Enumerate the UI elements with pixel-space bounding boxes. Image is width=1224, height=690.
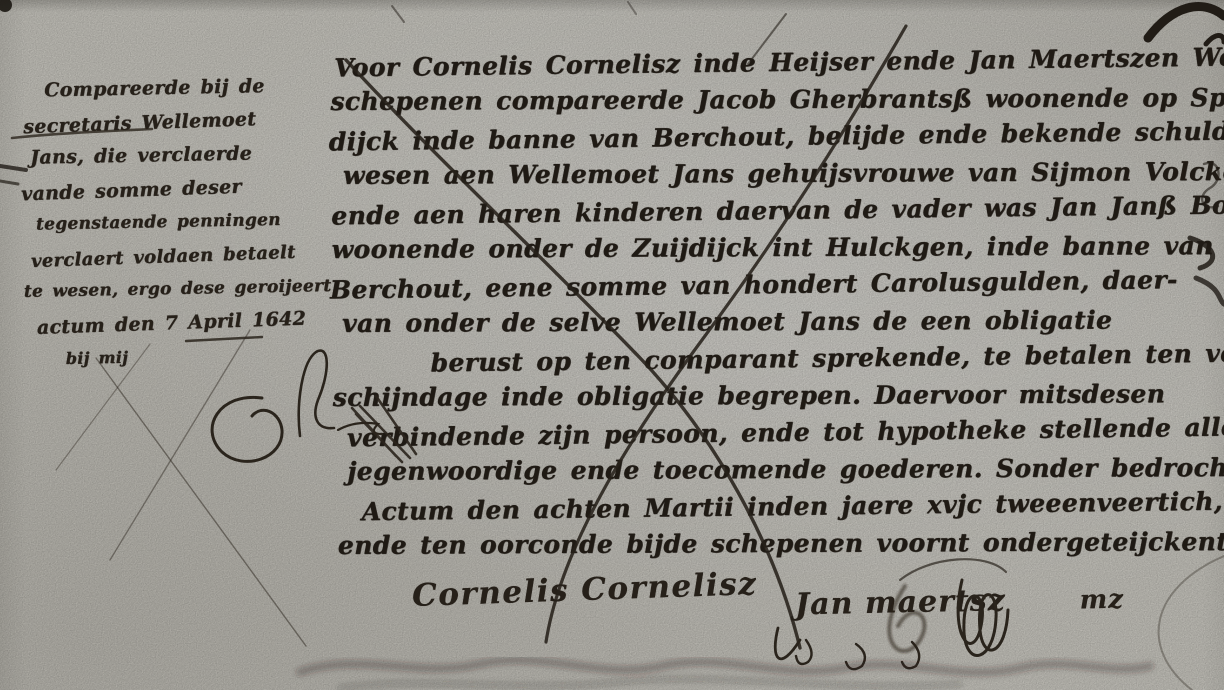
signature-flourishes [775, 556, 1224, 690]
under-curl-1 [796, 640, 812, 664]
top-middle-mark-1 [392, 6, 404, 22]
margin-note-bijmij-line: bij mij [65, 337, 332, 376]
next-entry-faint-text [300, 660, 1150, 688]
top-right-swash [1148, 7, 1224, 38]
under-curl-3 [902, 642, 919, 668]
top-middle-mark-2 [628, 2, 636, 14]
deed-line: ende ten oorconde bijde schepenen voornt… [338, 523, 1224, 564]
j-swash [775, 628, 800, 659]
left-edge-stroke-2 [0, 181, 18, 184]
under-curl-2 [846, 644, 865, 669]
upper-swash [900, 559, 1006, 580]
deed-body-text: Voor Cornelis Cornelisz inde Heijser end… [328, 40, 1224, 565]
signature-jan-mark: mz [1079, 585, 1124, 616]
manuscript-scan: { "page": { "ink_color": "#1f1a14", "pap… [0, 0, 1224, 690]
faint-line-stroke-1 [300, 660, 1150, 672]
faint-corner-curve [1159, 556, 1224, 690]
faint-line-stroke-2 [340, 679, 960, 688]
margin-cancellation-note: Compareerde bij de secretaris Wellemoet … [18, 68, 332, 378]
signature-jan-maertsz: Jan maertszmz [795, 581, 1125, 623]
signature-cornelis-cornelisz: Cornelis Cornelisz [411, 566, 757, 614]
deed-line: berust op ten comparant sprekende, te be… [430, 335, 1224, 382]
paraph-loop [212, 397, 282, 461]
top-left-ink-blob [0, 0, 12, 12]
paraph-hairline-1 [96, 358, 306, 646]
signature-jan-name: Jan maertsz [795, 583, 1006, 622]
